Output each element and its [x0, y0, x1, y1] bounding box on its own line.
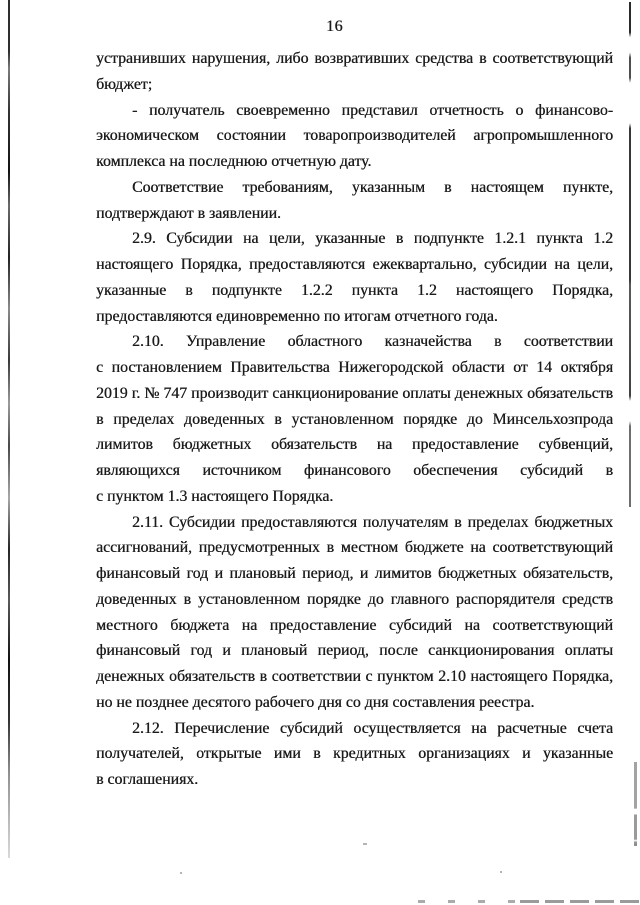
scan-edge-right-line [629, 2, 631, 507]
text-line: 2.12. Перечисление субсидий осуществляет… [96, 716, 613, 742]
text-line: 2.9. Субсидии на цели, указанные в подпу… [96, 226, 613, 252]
text-line: экономическом состоянии товаропроизводит… [96, 123, 613, 149]
scan-edge-bottom-line [520, 900, 640, 903]
text-line: - получатель своевременно представил отч… [96, 98, 613, 124]
scan-speck [180, 872, 182, 874]
text-line: местного бюджета на предоставление субси… [96, 613, 613, 639]
paragraph-continuation: устранивших нарушения, либо возвративших… [96, 46, 613, 98]
text-line: лимитов бюджетных обязательств на предос… [96, 432, 613, 458]
text-line: с пунктом 1.3 настоящего Порядка. [96, 484, 613, 510]
paragraph-clause-2-11: 2.11. Субсидии предоставляются получател… [96, 510, 613, 716]
text-line: указанные в подпункте 1.2.2 пункта 1.2 н… [96, 278, 613, 304]
text-line: бюджет; [96, 72, 613, 98]
text-line: 2019 г. № 747 производит санкционировани… [96, 381, 613, 407]
text-line: 2.11. Субсидии предоставляются получател… [96, 510, 613, 536]
text-line: финансовый год и плановый период, и лими… [96, 561, 613, 587]
text-line: настоящего Порядка, предоставляются ежек… [96, 252, 613, 278]
text-line: Соответствие требованиям, указанным в на… [96, 175, 613, 201]
text-line: ассигнований, предусмотренных в местном … [96, 535, 613, 561]
text-line: в пределах доведенных в установленном по… [96, 407, 613, 433]
text-line: денежных обязательств в соответствии с п… [96, 664, 613, 690]
text-line: 2.10. Управление областного казначейства… [96, 329, 613, 355]
scan-edge-bottom-dashes [418, 900, 518, 903]
paragraph-clause-2-9: 2.9. Субсидии на цели, указанные в подпу… [96, 226, 613, 329]
text-line: комплекса на последнюю отчетную дату. [96, 149, 613, 175]
text-line: в соглашениях. [96, 767, 613, 793]
paragraph-compliance-statement: Соответствие требованиям, указанным в на… [96, 175, 613, 227]
text-line: доведенных в установленном порядке до гл… [96, 587, 613, 613]
document-body: устранивших нарушения, либо возвративших… [96, 46, 613, 793]
page-number: 16 [76, 18, 593, 36]
scan-edge-right-lower-line [634, 762, 637, 846]
scan-speck [363, 843, 367, 845]
document-page: 16 устранивших нарушения, либо возвратив… [0, 0, 640, 905]
paragraph-clause-2-12: 2.12. Перечисление субсидий осуществляет… [96, 716, 613, 793]
paragraph-clause-2-10: 2.10. Управление областного казначейства… [96, 329, 613, 509]
text-line: являющихся источником финансового обеспе… [96, 458, 613, 484]
text-line: финансовый год и плановый период, после … [96, 638, 613, 664]
scan-edge-left-line [8, 0, 10, 858]
scan-speck [500, 871, 502, 873]
paragraph-reporting-condition: - получатель своевременно представил отч… [96, 98, 613, 175]
text-line: с постановлением Правительства Нижегород… [96, 355, 613, 381]
text-line: получателей, открытые ими в кредитных ор… [96, 741, 613, 767]
text-line: предоставляются единовременно по итогам … [96, 304, 613, 330]
text-line: подтверждают в заявлении. [96, 201, 613, 227]
text-line: устранивших нарушения, либо возвративших… [96, 46, 613, 72]
text-line: но не позднее десятого рабочего дня со д… [96, 690, 613, 716]
